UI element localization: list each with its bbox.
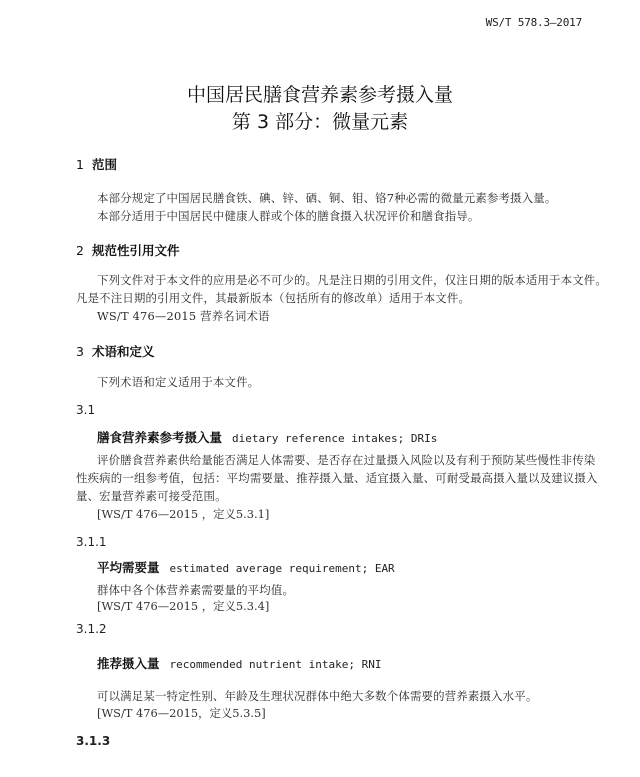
term-chinese: 平均需要量 bbox=[97, 560, 160, 575]
term-english: dietary reference intakes; DRIs bbox=[232, 432, 437, 445]
document-subtitle: 第 3 部分：微量元素 bbox=[0, 107, 640, 134]
section-heading-terms-definitions: 3术语和定义 bbox=[76, 342, 155, 360]
section-heading-normative-references: 2规范性引用文件 bbox=[76, 241, 180, 259]
term-entry: 推荐摄入量recommended nutrient intake; RNI bbox=[97, 654, 381, 672]
section-title: 范围 bbox=[92, 157, 117, 172]
section-number: 3 bbox=[76, 344, 92, 359]
paragraph: 下列术语和定义适用于本文件。 bbox=[97, 374, 259, 390]
paragraph: 本部分规定了中国居民膳食铁、碘、锌、硒、铜、钼、铬7种必需的微量元素参考摄入量。 bbox=[97, 190, 556, 206]
term-chinese: 膳食营养素参考摄入量 bbox=[97, 430, 222, 445]
definition-source: [WS/T 476—2015 ，定义5.3.4] bbox=[97, 598, 269, 614]
term-entry: 膳食营养素参考摄入量dietary reference intakes; DRI… bbox=[97, 428, 437, 446]
section-heading-scope: 1范围 bbox=[76, 155, 117, 173]
clause-number: 3.1 bbox=[76, 403, 95, 417]
definition-line: 可以满足某一特定性别、年龄及生理状况群体中绝大多数个体需要的营养素摄入水平。 bbox=[97, 688, 537, 704]
standard-code: WS/T 578.3—2017 bbox=[486, 16, 582, 29]
definition-line: 评价膳食营养素供给量能否满足人体需要、是否存在过量摄入风险以及有利于预防某些慢性… bbox=[97, 452, 595, 468]
definition-line: 性疾病的一组参考值，包括：平均需要量、推荐摄入量、适宜摄入量、可耐受最高摄入量以… bbox=[76, 470, 598, 486]
term-entry: 平均需要量estimated average requirement; EAR bbox=[97, 558, 395, 576]
section-number: 1 bbox=[76, 157, 92, 172]
definition-source: [WS/T 476—2015，定义5.3.5] bbox=[97, 705, 266, 721]
document-title: 中国居民膳食营养素参考摄入量 bbox=[0, 80, 640, 107]
section-title: 规范性引用文件 bbox=[92, 243, 180, 258]
clause-number: 3.1.1 bbox=[76, 535, 107, 549]
reference-item: WS/T 476—2015 营养名词术语 bbox=[97, 308, 270, 324]
definition-line: 群体中各个体营养素需要量的平均值。 bbox=[97, 582, 294, 598]
section-title: 术语和定义 bbox=[92, 344, 155, 359]
paragraph: 凡是不注日期的引用文件，其最新版本（包括所有的修改单）适用于本文件。 bbox=[76, 290, 470, 306]
paragraph: 下列文件对于本文件的应用是必不可少的。凡是注日期的引用文件，仅注日期的版本适用于… bbox=[97, 272, 607, 288]
term-english: recommended nutrient intake; RNI bbox=[170, 658, 382, 671]
section-number: 2 bbox=[76, 243, 92, 258]
term-chinese: 推荐摄入量 bbox=[97, 656, 160, 671]
clause-number: 3.1.3 bbox=[76, 734, 110, 748]
paragraph: 本部分适用于中国居民中健康人群或个体的膳食摄入状况评价和膳食指导。 bbox=[97, 208, 480, 224]
definition-source: [WS/T 476—2015 ，定义5.3.1] bbox=[97, 506, 269, 522]
definition-line: 量、宏量营养素可接受范围。 bbox=[76, 488, 227, 504]
term-english: estimated average requirement; EAR bbox=[170, 562, 395, 575]
clause-number: 3.1.2 bbox=[76, 622, 107, 636]
